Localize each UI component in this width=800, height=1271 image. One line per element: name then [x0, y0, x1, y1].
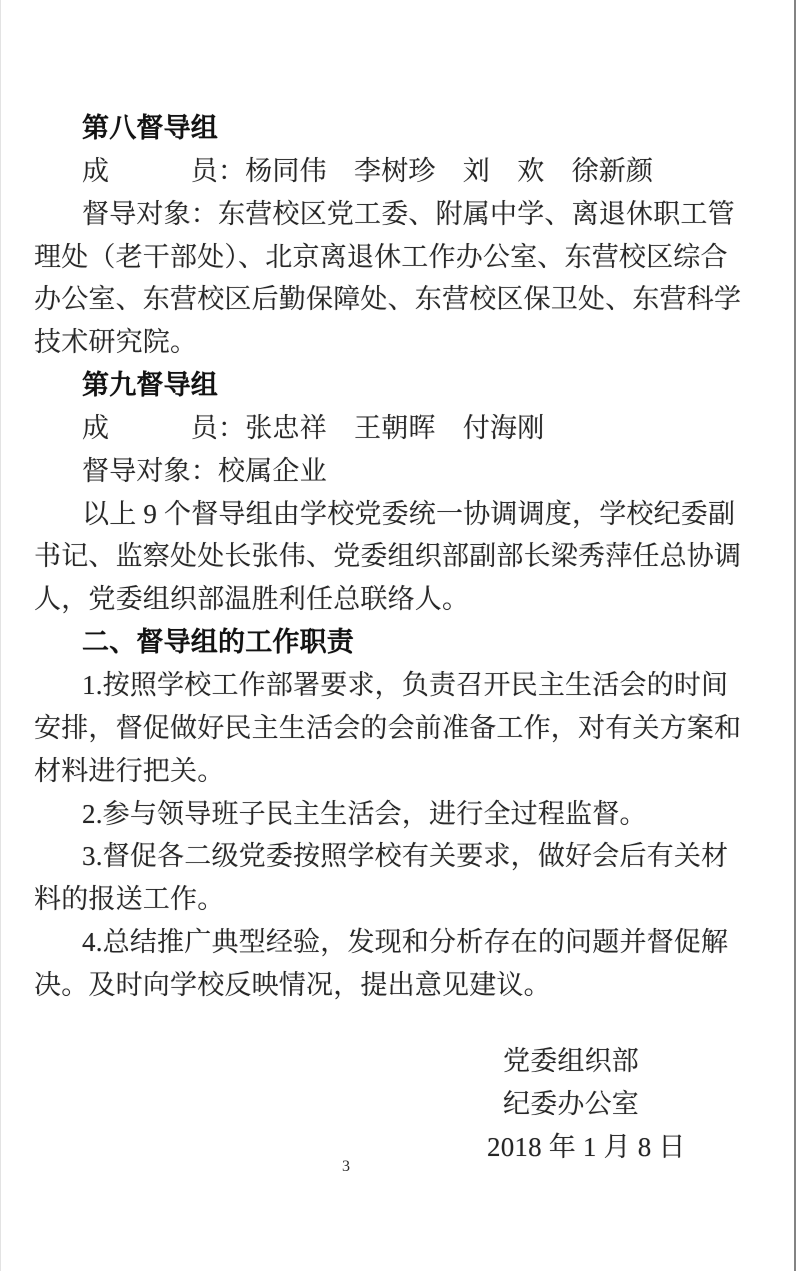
scan-edge-right-line — [794, 0, 796, 1271]
duty-item-1-line-2: 安排，督促做好民主生活会的会前准备工作，对有关方案和 — [34, 707, 746, 750]
signature-org-1: 党委组织部 — [34, 1040, 746, 1083]
coordination-para-1: 以上 9 个督导组由学校党委统一协调调度，学校纪委副 — [34, 493, 746, 536]
scan-edge-left-line — [0, 0, 1, 1271]
group-eight-targets-1: 督导对象：东营校区党工委、附属中学、离退休职工管 — [34, 193, 746, 236]
coordination-para-3: 人，党委组织部温胜利任总联络人。 — [34, 578, 746, 621]
duty-item-4-line-2: 决。及时向学校反映情况，提出意见建议。 — [34, 964, 746, 1007]
heading-group-eight: 第八督导组 — [34, 107, 746, 150]
signature-org-2: 纪委办公室 — [34, 1083, 746, 1126]
group-eight-targets-3: 办公室、东营校区后勤保障处、东营校区保卫处、东营科学 — [34, 278, 746, 321]
page-number: 3 — [342, 1158, 350, 1176]
group-nine-targets: 督导对象：校属企业 — [34, 450, 746, 493]
coordination-para-2: 书记、监察处处长张伟、党委组织部副部长梁秀萍任总协调 — [34, 535, 746, 578]
signature-block: 党委组织部 纪委办公室 2018 年 1 月 8 日 — [34, 1040, 746, 1169]
group-eight-members: 成 员：杨同伟 李树珍 刘 欢 徐新颜 — [34, 150, 746, 193]
group-nine-members: 成 员：张忠祥 王朝晖 付海刚 — [34, 407, 746, 450]
duty-item-4-line-1: 4.总结推广典型经验，发现和分析存在的问题并督促解 — [34, 921, 746, 964]
signature-date: 2018 年 1 月 8 日 — [34, 1126, 746, 1169]
duty-item-3-line-2: 料的报送工作。 — [34, 878, 746, 921]
duty-item-2: 2.参与领导班子民主生活会，进行全过程监督。 — [34, 793, 746, 836]
duty-item-3-line-1: 3.督促各二级党委按照学校有关要求，做好会后有关材 — [34, 835, 746, 878]
duty-item-1-line-1: 1.按照学校工作部署要求，负责召开民主生活会的时间 — [34, 664, 746, 707]
group-eight-targets-2: 理处（老干部处）、北京离退休工作办公室、东营校区综合 — [34, 236, 746, 279]
duty-item-1-line-3: 材料进行把关。 — [34, 750, 746, 793]
document-body: 第八督导组 成 员：杨同伟 李树珍 刘 欢 徐新颜 督导对象：东营校区党工委、附… — [34, 107, 746, 1007]
group-eight-targets-4: 技术研究院。 — [34, 321, 746, 364]
document-page: 第八督导组 成 员：杨同伟 李树珍 刘 欢 徐新颜 督导对象：东营校区党工委、附… — [0, 0, 800, 1271]
heading-group-nine: 第九督导组 — [34, 364, 746, 407]
heading-section-two: 二、督导组的工作职责 — [34, 621, 746, 664]
